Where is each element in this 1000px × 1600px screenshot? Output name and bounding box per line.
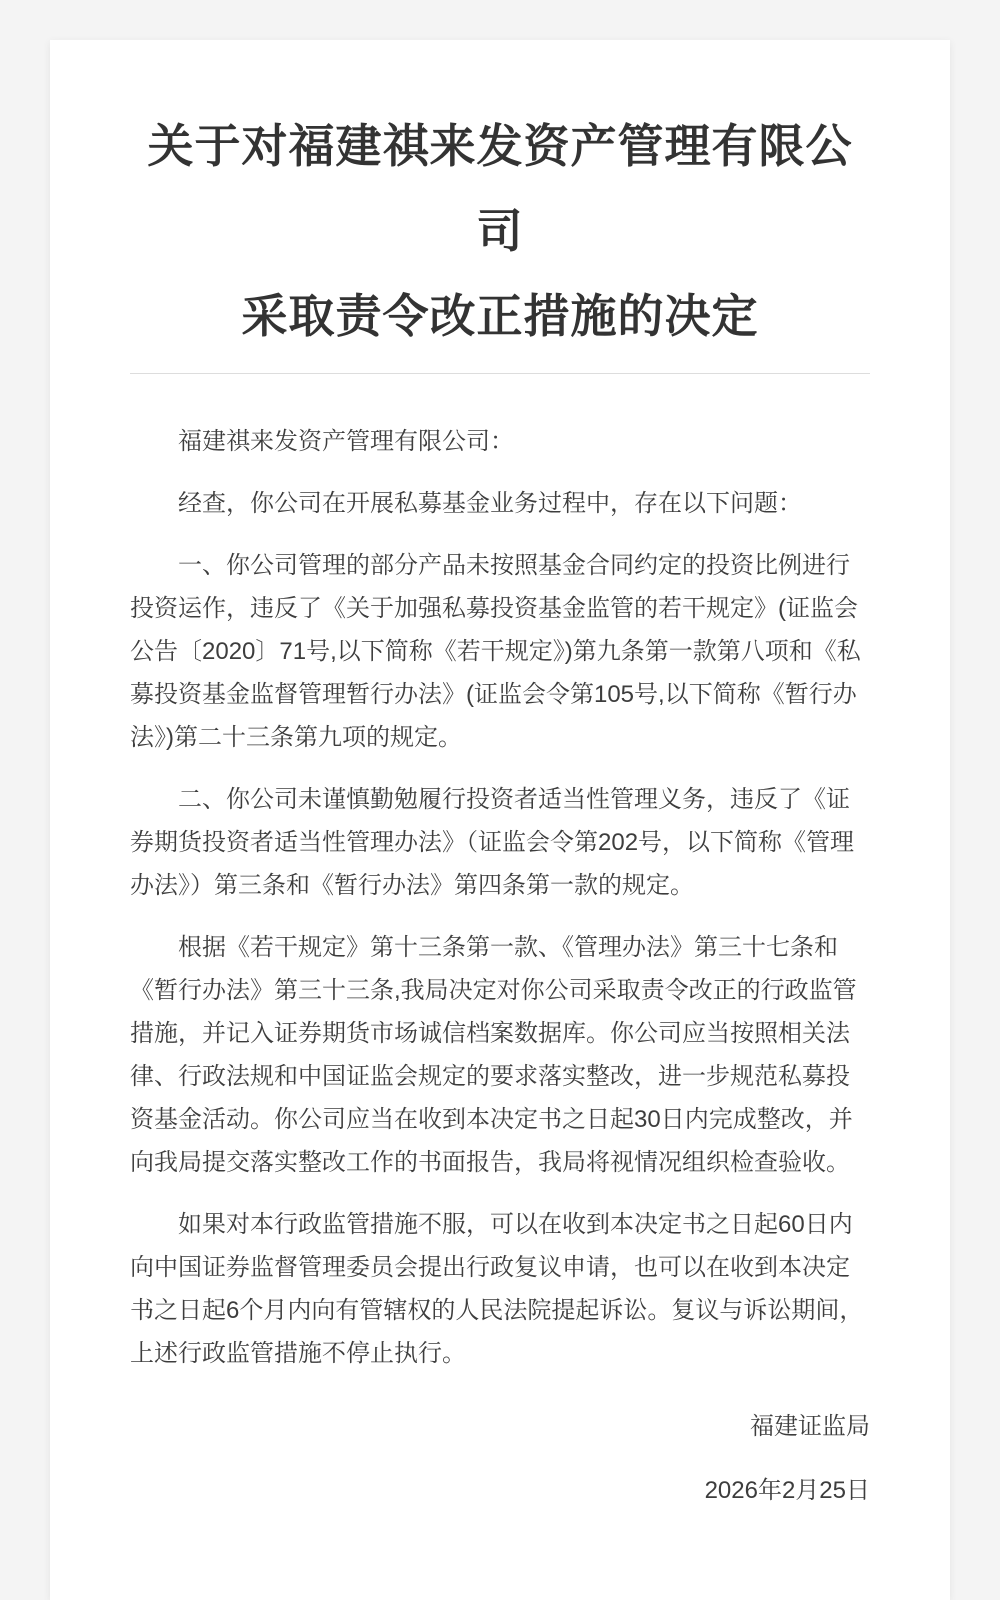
paragraph-issue-2: 二、你公司未谨慎勤勉履行投资者适当性管理义务，违反了《证券期货投资者适当性管理办… [130, 778, 870, 907]
document-card: 关于对福建祺来发资产管理有限公司 采取责令改正措施的决定 福建祺来发资产管理有限… [50, 40, 950, 1600]
paragraph-issue-1: 一、你公司管理的部分产品未按照基金合同约定的投资比例进行投资运作，违反了《关于加… [130, 544, 870, 759]
document-title-line-2: 采取责令改正措施的决定 [130, 274, 870, 359]
paragraph-appeal-rights: 如果对本行政监管措施不服，可以在收到本决定书之日起60日内向中国证券监督管理委员… [130, 1203, 870, 1375]
page-background: 关于对福建祺来发资产管理有限公司 采取责令改正措施的决定 福建祺来发资产管理有限… [0, 0, 1000, 1576]
signature-organization: 福建证监局 [130, 1405, 870, 1448]
document-title-line-1: 关于对福建祺来发资产管理有限公司 [130, 104, 870, 274]
document-body: 福建祺来发资产管理有限公司： 经查，你公司在开展私募基金业务过程中，存在以下问题… [130, 420, 870, 1375]
title-divider [130, 373, 870, 374]
signature-date: 2026年2月25日 [130, 1469, 870, 1512]
paragraph-decision: 根据《若干规定》第十三条第一款、《管理办法》第三十七条和《暂行办法》第三十三条,… [130, 926, 870, 1184]
document-title: 关于对福建祺来发资产管理有限公司 采取责令改正措施的决定 [130, 104, 870, 359]
salutation: 福建祺来发资产管理有限公司： [130, 420, 870, 463]
paragraph-intro: 经查，你公司在开展私募基金业务过程中，存在以下问题： [130, 482, 870, 525]
signature-block: 福建证监局 2026年2月25日 [130, 1405, 870, 1512]
